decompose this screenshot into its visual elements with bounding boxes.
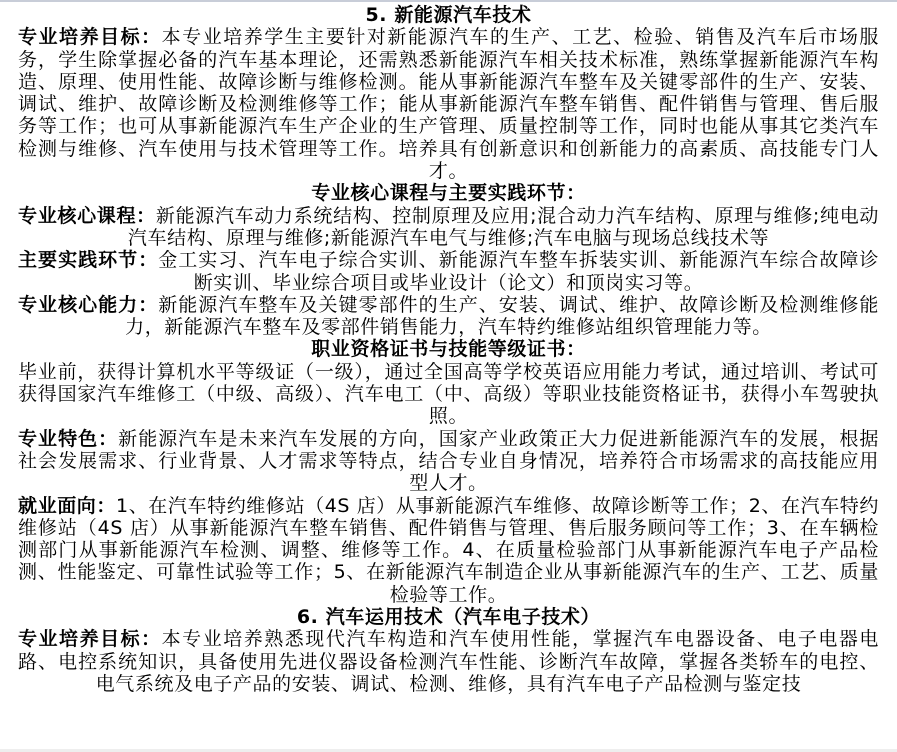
section5-objective: 专业培养目标：本专业培养学生主要针对新能源汽车的生产、工艺、检验、销售及汽车后市… [0,26,897,182]
document-page: 5. 新能源汽车技术 专业培养目标：本专业培养学生主要针对新能源汽车的生产、工艺… [0,4,897,695]
features-label: 专业特色： [18,428,118,450]
employment: 就业面向：1、在汽车特约维修站（4S 店）从事新能源汽车维修、故障诊断等工作；2… [0,495,897,606]
top-border [0,0,897,2]
practice-text: 金工实习、汽车电子综合实训、新能源汽车整车拆装实训、新能源汽车综合故障诊断实训、… [158,249,879,293]
core-courses-text: 新能源汽车动力系统结构、控制原理及应用;混合动力汽车结构、原理与维修;纯电动汽车… [128,205,879,249]
section6-objective: 专业培养目标：本专业培养熟悉现代汽车构造和汽车使用性能，掌握汽车电器设备、电子电… [0,628,897,695]
features: 专业特色：新能源汽车是未来汽车发展的方向，国家产业政策正大力促进新能源汽车的发展… [0,428,897,495]
objective-text: 本专业培养学生主要针对新能源汽车的生产、工艺、检验、销售及汽车后市场服务，学生除… [18,26,879,182]
practice-label: 主要实践环节： [18,249,158,271]
core-courses-label: 专业核心课程： [18,205,156,227]
cert-text: 毕业前，获得计算机水平等级证（一级），通过全国高等学校英语应用能力考试，通过培训… [0,361,897,428]
core-ability-label: 专业核心能力： [18,294,158,316]
core-ability-text: 新能源汽车整车及关键零部件的生产、安装、调试、维护、故障诊断及检测维修能力，新能… [125,294,879,338]
employment-text: 1、在汽车特约维修站（4S 店）从事新能源汽车维修、故障诊断等工作；2、在汽车特… [18,495,879,606]
section6-objective-label: 专业培养目标： [18,628,162,650]
practice: 主要实践环节：金工实习、汽车电子综合实训、新能源汽车整车拆装实训、新能源汽车综合… [0,249,897,294]
core-ability: 专业核心能力：新能源汽车整车及关键零部件的生产、安装、调试、维护、故障诊断及检测… [0,294,897,339]
section5-title: 5. 新能源汽车技术 [0,4,897,26]
features-text: 新能源汽车是未来汽车发展的方向，国家产业政策正大力促进新能源汽车的发展，根据社会… [18,428,879,495]
core-courses: 专业核心课程：新能源汽车动力系统结构、控制原理及应用;混合动力汽车结构、原理与维… [0,205,897,250]
section6-title: 6. 汽车运用技术（汽车电子技术） [0,606,897,628]
cert-heading: 职业资格证书与技能等级证书： [0,338,897,360]
employment-label: 就业面向： [18,495,116,517]
objective-label: 专业培养目标： [18,26,162,48]
core-heading: 专业核心课程与主要实践环节： [0,182,897,204]
